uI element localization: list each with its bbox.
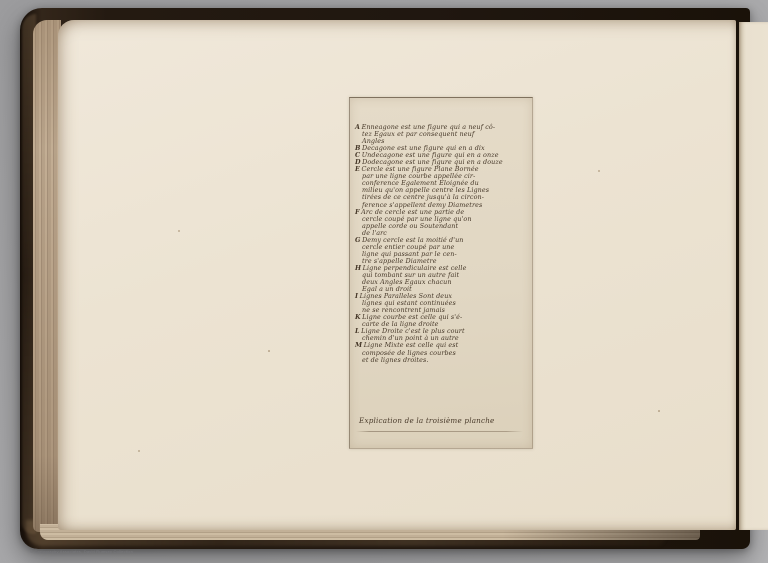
page-edge-stack-left: [33, 20, 61, 532]
item-letter: K: [355, 313, 361, 321]
definition-item-H: HLigne perpendiculaire est celle qui tom…: [355, 265, 529, 293]
item-letter: I: [355, 292, 358, 300]
open-book-page: AEnneagone est une figure qui a neuf cô-…: [58, 20, 736, 530]
definition-item-L: LLigne Droite c'est le plus court chemin…: [355, 328, 529, 342]
item-text: Arc de cercle est une partie de cercle c…: [361, 208, 471, 237]
item-letter: L: [355, 327, 360, 335]
item-text: Ligne Mixte est celle qui est composée d…: [362, 341, 458, 363]
engraved-plate: AEnneagone est une figure qui a neuf cô-…: [349, 97, 533, 449]
plate-caption: Explication de la troisième planche: [359, 416, 495, 425]
paper-speck: [138, 450, 140, 452]
plate-caption-rule: [356, 431, 523, 432]
definition-item-A: AEnneagone est une figure qui a neuf cô-…: [355, 124, 529, 145]
item-letter: E: [355, 165, 360, 173]
item-text: Cercle est une figure Plane Bornée par u…: [361, 165, 489, 208]
item-text: Ligne perpendiculaire est celle qui tomb…: [362, 264, 466, 293]
definition-item-K: KLigne courbe est celle qui s'é- carte d…: [355, 314, 529, 328]
paper-speck: [178, 230, 180, 232]
item-text: Demy cercle est la moitié d'un cercle en…: [362, 236, 464, 265]
item-letter: H: [355, 264, 361, 272]
paper-speck: [268, 350, 270, 352]
definition-item-I: ILignes Paralleles Sont deux lignes qui …: [355, 293, 529, 314]
definition-item-E: ECercle est une figure Plane Bornée par …: [355, 166, 529, 208]
scan-stage: AEnneagone est une figure qui a neuf cô-…: [0, 0, 768, 563]
item-letter: F: [355, 208, 360, 216]
item-text: Enneagone est une figure qui a neuf cô- …: [362, 123, 496, 145]
adjacent-page-edge: [739, 22, 768, 530]
paper-speck: [658, 410, 660, 412]
definition-item-G: GDemy cercle est la moitié d'un cercle e…: [355, 237, 529, 265]
item-letter: A: [355, 123, 360, 131]
definition-item-F: FArc de cercle est une partie de cercle …: [355, 209, 529, 237]
definition-item-M: MLigne Mixte est celle qui est composée …: [355, 342, 529, 363]
item-text: Lignes Paralleles Sont deux lignes qui e…: [360, 292, 456, 314]
paper-speck: [598, 170, 600, 172]
collection-watermark: © Cartography Associates, David Rumsey C…: [30, 549, 133, 554]
plate-definitions-list: AEnneagone est une figure qui a neuf cô-…: [355, 124, 529, 364]
item-letter: G: [355, 236, 361, 244]
item-text: Ligne Droite c'est le plus court chemin …: [361, 327, 465, 342]
item-text: Ligne courbe est celle qui s'é- carte de…: [362, 313, 462, 328]
